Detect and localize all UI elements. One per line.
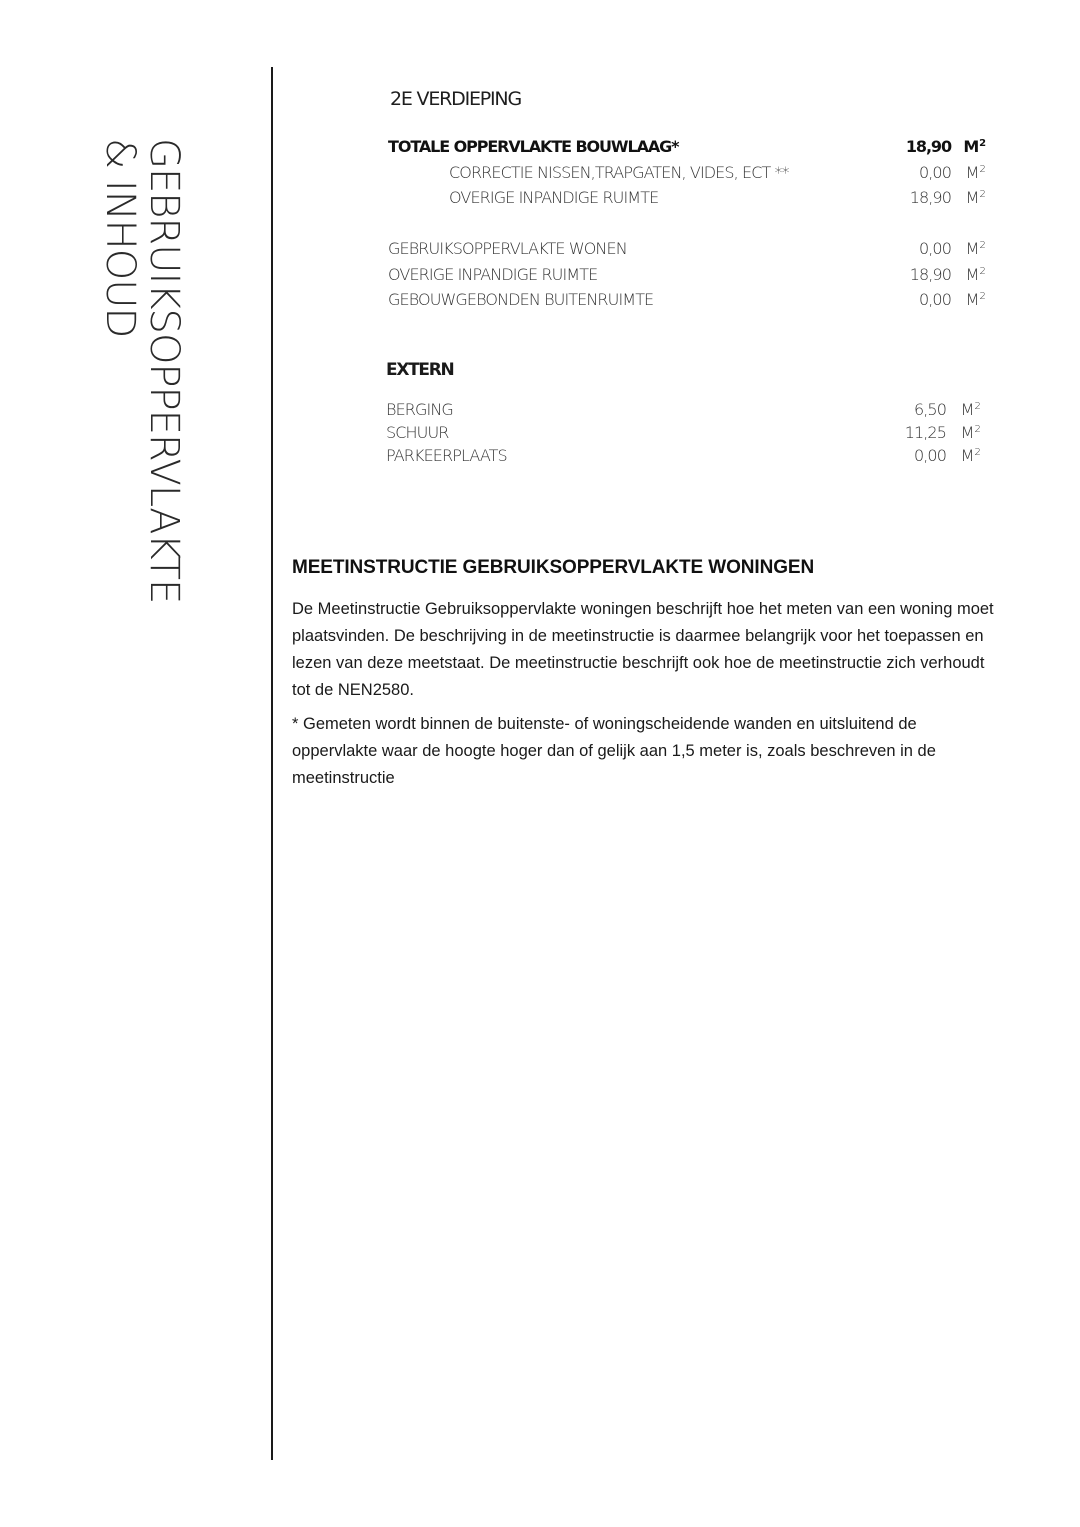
extern-row-schuur: SCHUUR 11,25 M2 (386, 423, 980, 447)
area-label: OVERIGE INPANDIGE RUIMTE (449, 188, 658, 207)
area-row-total: TOTALE OPPERVLAKTE BOUWLAAG* 18,90 M2 (388, 137, 985, 161)
extern-value: 0,00 (914, 446, 946, 465)
area-label: GEBOUWGEBONDEN BUITENRUIMTE (388, 290, 653, 309)
area-unit: M2 (966, 163, 985, 182)
extern-value: 6,50 (914, 400, 946, 419)
area-label: GEBRUIKSOPPERVLAKTE WONEN (388, 239, 627, 258)
extern-label: BERGING (386, 400, 453, 419)
notes-title: MEETINSTRUCTIE GEBRUIKSOPPERVLAKTE WONIN… (292, 557, 814, 579)
area-value: 18,90 (906, 137, 951, 156)
area-value: 0,00 (919, 290, 951, 309)
extern-unit: M2 (961, 446, 980, 465)
extern-title: EXTERN (386, 360, 453, 380)
extern-label: PARKEERPLAATS (386, 446, 507, 465)
extern-row-berging: BERGING 6,50 M2 (386, 400, 980, 424)
section-title-vertical: GEBRUIKSOPPERVLAKTE & INHOUD (96, 138, 186, 658)
area-unit: M2 (963, 137, 985, 156)
area-value: 18,90 (910, 188, 951, 207)
area-row-correction: CORRECTIE NISSEN,TRAPGATEN, VIDES, ECT *… (388, 163, 985, 187)
area-label: CORRECTIE NISSEN,TRAPGATEN, VIDES, ECT *… (449, 163, 789, 182)
area-value: 0,00 (919, 239, 951, 258)
area-label: TOTALE OPPERVLAKTE BOUWLAAG* (388, 137, 678, 156)
notes-paragraph-1: De Meetinstructie Gebruiksoppervlakte wo… (292, 596, 1002, 704)
extern-label: SCHUUR (386, 423, 449, 442)
extern-row-parkeerplaats: PARKEERPLAATS 0,00 M2 (386, 446, 980, 470)
area-unit: M2 (966, 290, 985, 309)
extern-unit: M2 (961, 400, 980, 419)
area-row-buitenruimte: GEBOUWGEBONDEN BUITENRUIMTE 0,00 M2 (388, 290, 985, 314)
section-title-line-2: & INHOUD (98, 138, 142, 658)
notes-paragraph-2: * Gemeten wordt binnen de buitenste- of … (292, 711, 1002, 792)
floor-title: 2E VERDIEPING (390, 88, 521, 110)
area-label: OVERIGE INPANDIGE RUIMTE (388, 265, 597, 284)
area-unit: M2 (966, 239, 985, 258)
vertical-divider (271, 67, 273, 1460)
extern-unit: M2 (961, 423, 980, 442)
extern-value: 11,25 (905, 423, 946, 442)
area-value: 0,00 (919, 163, 951, 182)
area-value: 18,90 (910, 265, 951, 284)
area-row-overige-sub: OVERIGE INPANDIGE RUIMTE 18,90 M2 (388, 188, 985, 212)
area-row-overige: OVERIGE INPANDIGE RUIMTE 18,90 M2 (388, 265, 985, 289)
area-unit: M2 (966, 188, 985, 207)
area-unit: M2 (966, 265, 985, 284)
area-row-wonen: GEBRUIKSOPPERVLAKTE WONEN 0,00 M2 (388, 239, 985, 263)
section-title-line-1: GEBRUIKSOPPERVLAKTE (142, 138, 186, 658)
